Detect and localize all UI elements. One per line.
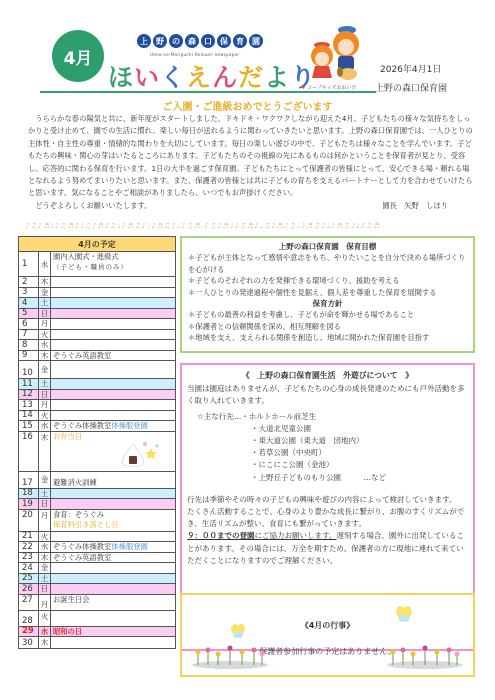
row-day: 16 [19, 432, 39, 471]
schedule-row: 10金 [19, 361, 175, 379]
row-weekday: 月 [39, 510, 51, 531]
row-event [51, 319, 175, 329]
badge-char: 園 [249, 34, 263, 48]
row-day: 5 [19, 309, 39, 319]
schedule-row: 30木 [19, 637, 175, 648]
row-event [51, 411, 175, 421]
principal-signature: 園長 矢野 しほり [375, 200, 448, 212]
row-event: ぞうぐみ体操教室体操服登園 [51, 542, 175, 552]
row-weekday: 日 [39, 390, 51, 400]
row-day: 25 [19, 574, 39, 584]
row-day: 30 [19, 637, 39, 648]
row-weekday: 火 [39, 411, 51, 421]
title-char: ん [212, 63, 238, 92]
title-char: ほ [108, 63, 134, 92]
outdoor-title: 《 上野の森口保育園生活 外遊びについて 》 [187, 370, 468, 382]
destination-item: ・東大道公園（東大道 団地内） [251, 435, 468, 447]
goals-title: 上野の森口保育園 保育目標 [188, 241, 467, 252]
cooperation-request: にご協力お願いします。 [255, 531, 337, 540]
row-event [51, 298, 175, 308]
row-weekday: 日 [39, 499, 51, 509]
mascot-children-illustration [300, 22, 375, 84]
month-badge: 4月 [52, 30, 104, 82]
row-event [51, 637, 175, 648]
goal-item: ＊一人ひとりの発達過程や個性を見据え、個人差を尊重した保育を展開する [188, 287, 467, 299]
music-notes-divider: ♪♫♪♬♩♪♫♬♪♩♫♪♬♪♫♩♪♬♫♪♩♪♬♫♪♩♪♫♬ ♪♫♪♬♩♪♫♬♪♩… [25, 222, 465, 234]
row-weekday: 木 [39, 432, 51, 471]
row-event [51, 309, 175, 319]
badge-char: 口 [201, 34, 215, 48]
flower-bed-illustration [190, 639, 270, 669]
row-event [51, 390, 175, 400]
row-weekday: 金 [39, 361, 51, 378]
row-day: 18 [19, 489, 39, 499]
row-event [51, 340, 175, 350]
row-event: お誕生日会 [51, 595, 175, 610]
schedule-row: 15水ぞうぐみ体操教室体操服登園 [19, 421, 175, 432]
schedule-row: 1 水 園内入園式・進級式（子ども・職員のみ） [19, 252, 175, 277]
schedule-row-sunday: 19日 [19, 499, 175, 510]
events-title: 《4月の行事》 [182, 620, 473, 631]
row-day: 11 [19, 379, 39, 389]
row-weekday: 日 [39, 309, 51, 319]
outdoor-intro: 当園は園庭はありませんが、子どもたちの心身の成長発達のためにも戸外活動を多く取り… [187, 383, 468, 407]
row-weekday: 木 [39, 637, 51, 648]
badge-char: 野 [153, 34, 167, 48]
row-day: 12 [19, 390, 39, 400]
row-day: 26 [19, 584, 39, 594]
row-event [51, 361, 175, 378]
row-event: ぞうぐみ体操教室体操服登園 [51, 421, 175, 431]
row-day: 4 [19, 298, 39, 308]
row-day: 14 [19, 411, 39, 421]
row-day: 15 [19, 421, 39, 431]
badge-char: 森 [185, 34, 199, 48]
row-day: 23 [19, 553, 39, 563]
newsletter-header: 4月 上 野 の 森 口 保 育 園 Ueno-no-Moriguchi Hoi… [0, 0, 495, 100]
row-event [51, 489, 175, 499]
row-event [51, 611, 175, 626]
schedule-row-sunday: 26日 [19, 584, 175, 595]
schedule-row: 17金避難消火訓練 [19, 472, 175, 489]
row-day: 27 [19, 595, 39, 610]
row-weekday: 金 [39, 472, 51, 488]
destination-row: ☆主な行先… ・ホルトホール前芝生 [197, 411, 468, 423]
row-day: 21 [19, 532, 39, 542]
row-weekday: 月 [39, 595, 51, 610]
row-event: 園内入園式・進級式（子ども・職員のみ） [51, 252, 175, 276]
badge-char: 上 [137, 34, 151, 48]
row-weekday: 水 [39, 627, 51, 637]
outdoor-paragraph: たくさん活動することで、心身のより豊かな成長に繋がり、お腹のすくリズムができ、生… [187, 506, 468, 530]
row-event [51, 288, 175, 298]
row-day: 20 [19, 510, 39, 531]
event-subtext: 保育料引き落とし日 [53, 520, 175, 530]
childcare-goals-box: 上野の森口保育園 保育目標 ＊子どもが主体となって感情や意志をもち、やりたいこと… [180, 236, 475, 353]
policy-item: ＊地域を支え、支えられる関係を創造し、地域に開かれた保育園を目指す [188, 332, 467, 344]
row-day: 2 [19, 277, 39, 287]
destination-item: ・ホルトホール前芝生 [241, 411, 316, 423]
issue-date: 2026年4月1日 [380, 62, 441, 75]
row-weekday: 日 [39, 584, 51, 594]
outdoor-notice: ９：００までの登園にご協力お願いします。遅刻する場合、園外に出発していることがあ… [187, 530, 468, 567]
destination-item: ・にこにこ公園（金池） [251, 459, 468, 471]
row-event [51, 379, 175, 389]
row-day: 3 [19, 288, 39, 298]
schedule-row: 16木お弁当日 [19, 432, 175, 472]
row-weekday: 土 [39, 298, 51, 308]
romaji-subtitle: Ueno-no-Moriguchi Hoikuen newspaper [150, 52, 239, 57]
row-event: ぞうぐみ英語教室 [51, 553, 175, 563]
outdoor-paragraph: 行先は季節やその時々の子どもの興味や遊びの内容によって検討していきます。 [187, 494, 468, 506]
title-char: だ [238, 63, 264, 92]
april-events-box: 《4月の行事》 保護者参加行事の予定はありません。 [180, 593, 475, 677]
row-weekday: 水 [39, 542, 51, 552]
badge-char: 育 [233, 34, 247, 48]
badge-char: の [169, 34, 183, 48]
row-weekday: 火 [39, 611, 51, 626]
destination-list: ☆主な行先… ・ホルトホール前芝生 ・大道北児童公園 ・東大道公園（東大道 団地… [197, 411, 468, 484]
schedule-row: 27月お誕生日会 [19, 595, 175, 611]
row-weekday: 土 [39, 379, 51, 389]
school-name: 上野の森口保育園 [375, 81, 447, 94]
schedule-row: 28火 [19, 611, 175, 627]
event-text: ぞうぐみ体操教室 [53, 421, 111, 430]
schedule-row-holiday: 29水昭和の日 [19, 627, 175, 638]
title-char: く [160, 63, 186, 92]
event-text: ぞうぐみ体操教室 [53, 542, 111, 551]
coop-kids-logo: ♥ コープキッズおおいた [301, 84, 357, 91]
title-char: え [186, 63, 212, 92]
row-weekday: 木 [39, 351, 51, 361]
schedule-row: 9木ぞうぐみ英語教室 [19, 351, 175, 362]
row-weekday: 金 [39, 563, 51, 573]
row-event [51, 563, 175, 573]
row-weekday: 水 [39, 421, 51, 431]
policy-title: 保育方針 [188, 298, 467, 309]
destination-label: ☆主な行先… [197, 411, 241, 423]
event-text: 食育：ぞうぐみ [53, 510, 175, 520]
greeting-title: ご入園・ご進級おめでとうございます [0, 98, 495, 113]
row-day: 24 [19, 563, 39, 573]
april-schedule-table: 4月の予定 1 水 園内入園式・進級式（子ども・職員のみ） 2木 3金 4土 5… [18, 236, 176, 649]
row-event [51, 584, 175, 594]
row-day: 17 [19, 472, 39, 488]
row-event: 避難消火訓練 [51, 472, 175, 488]
title-char: い [134, 63, 160, 92]
event-extra-text: 体操服登園 [111, 542, 147, 551]
row-day: 8 [19, 340, 39, 350]
row-weekday: 水 [39, 340, 51, 350]
event-extra-text: 体操服登園 [111, 421, 147, 430]
arrival-time: ９：００までの登園 [187, 531, 255, 540]
goal-item: ＊子どものそれぞれの力を発揮できる環境づくり、援助を考える [188, 275, 467, 287]
row-day: 19 [19, 499, 39, 509]
row-weekday: 月 [39, 400, 51, 410]
schedule-title: 4月の予定 [19, 237, 175, 252]
row-weekday: 月 [39, 319, 51, 329]
row-event: 昭和の日 [51, 627, 175, 637]
greeting-body: うららかな春の陽気と共に、新年度がスタートしました。ドキドキ・ワクワクしながら迎… [28, 113, 473, 200]
policy-item: ＊子どもの最善の利益を考慮し、子どもが命を輝かせる場であること [188, 309, 467, 321]
row-day: 29 [19, 627, 39, 637]
onigiri-illustration [119, 440, 159, 468]
row-event [51, 574, 175, 584]
row-event [51, 499, 175, 509]
row-event [51, 532, 175, 542]
event-subtext: （子ども・職員のみ） [53, 262, 175, 272]
title-char: よ [264, 63, 290, 92]
row-day: 28 [19, 611, 39, 626]
row-event: ぞうぐみ英語教室 [51, 351, 175, 361]
row-day: 1 [19, 252, 39, 276]
row-event [51, 400, 175, 410]
destination-item: ・若草公園（中央町） [251, 447, 468, 459]
badge-char: 保 [217, 34, 231, 48]
destination-item: ・上野丘子どものもり公園 …など [251, 472, 468, 484]
policy-item: ＊保護者との信頼関係を深め、相互理解を図る [188, 321, 467, 333]
row-weekday: 火 [39, 330, 51, 340]
flower-bed-illustration [385, 639, 465, 669]
greeting-closing-line: どうぞよろしくお願いいたします。 園長 矢野 しほり [28, 200, 473, 212]
destination-item: ・大道北児童公園 [251, 423, 468, 435]
row-weekday: 火 [39, 532, 51, 542]
row-day: 13 [19, 400, 39, 410]
arrival-time-notice: ９：００までの登園にご協力お願いします。 [187, 531, 336, 540]
row-day: 22 [19, 542, 39, 552]
schedule-row: 20月食育：ぞうぐみ保育料引き落とし日 [19, 510, 175, 532]
row-weekday: 金 [39, 288, 51, 298]
row-event [51, 330, 175, 340]
header-divider-line [40, 91, 376, 93]
row-weekday: 木 [39, 553, 51, 563]
greeting-closing: どうぞよろしくお願いいたします。 [35, 201, 151, 210]
goal-item: ＊子どもが主体となって感情や意志をもち、やりたいことを自分で決める場所づくりを心… [188, 252, 467, 275]
row-day: 6 [19, 319, 39, 329]
school-name-badges: 上 野 の 森 口 保 育 園 [137, 34, 263, 48]
row-event [51, 277, 175, 287]
row-day: 9 [19, 351, 39, 361]
row-event: 食育：ぞうぐみ保育料引き落とし日 [51, 510, 175, 531]
event-text: 園内入園式・進級式 [53, 252, 175, 262]
row-weekday: 土 [39, 574, 51, 584]
row-weekday: 木 [39, 277, 51, 287]
row-day: 10 [19, 361, 39, 378]
newsletter-title: ほいくえんだより [108, 58, 316, 94]
row-day: 7 [19, 330, 39, 340]
greeting-paragraph: うららかな春の陽気と共に、新年度がスタートしました。ドキドキ・ワクワクしながら迎… [28, 113, 473, 212]
row-weekday: 土 [39, 489, 51, 499]
row-weekday: 水 [39, 252, 51, 276]
